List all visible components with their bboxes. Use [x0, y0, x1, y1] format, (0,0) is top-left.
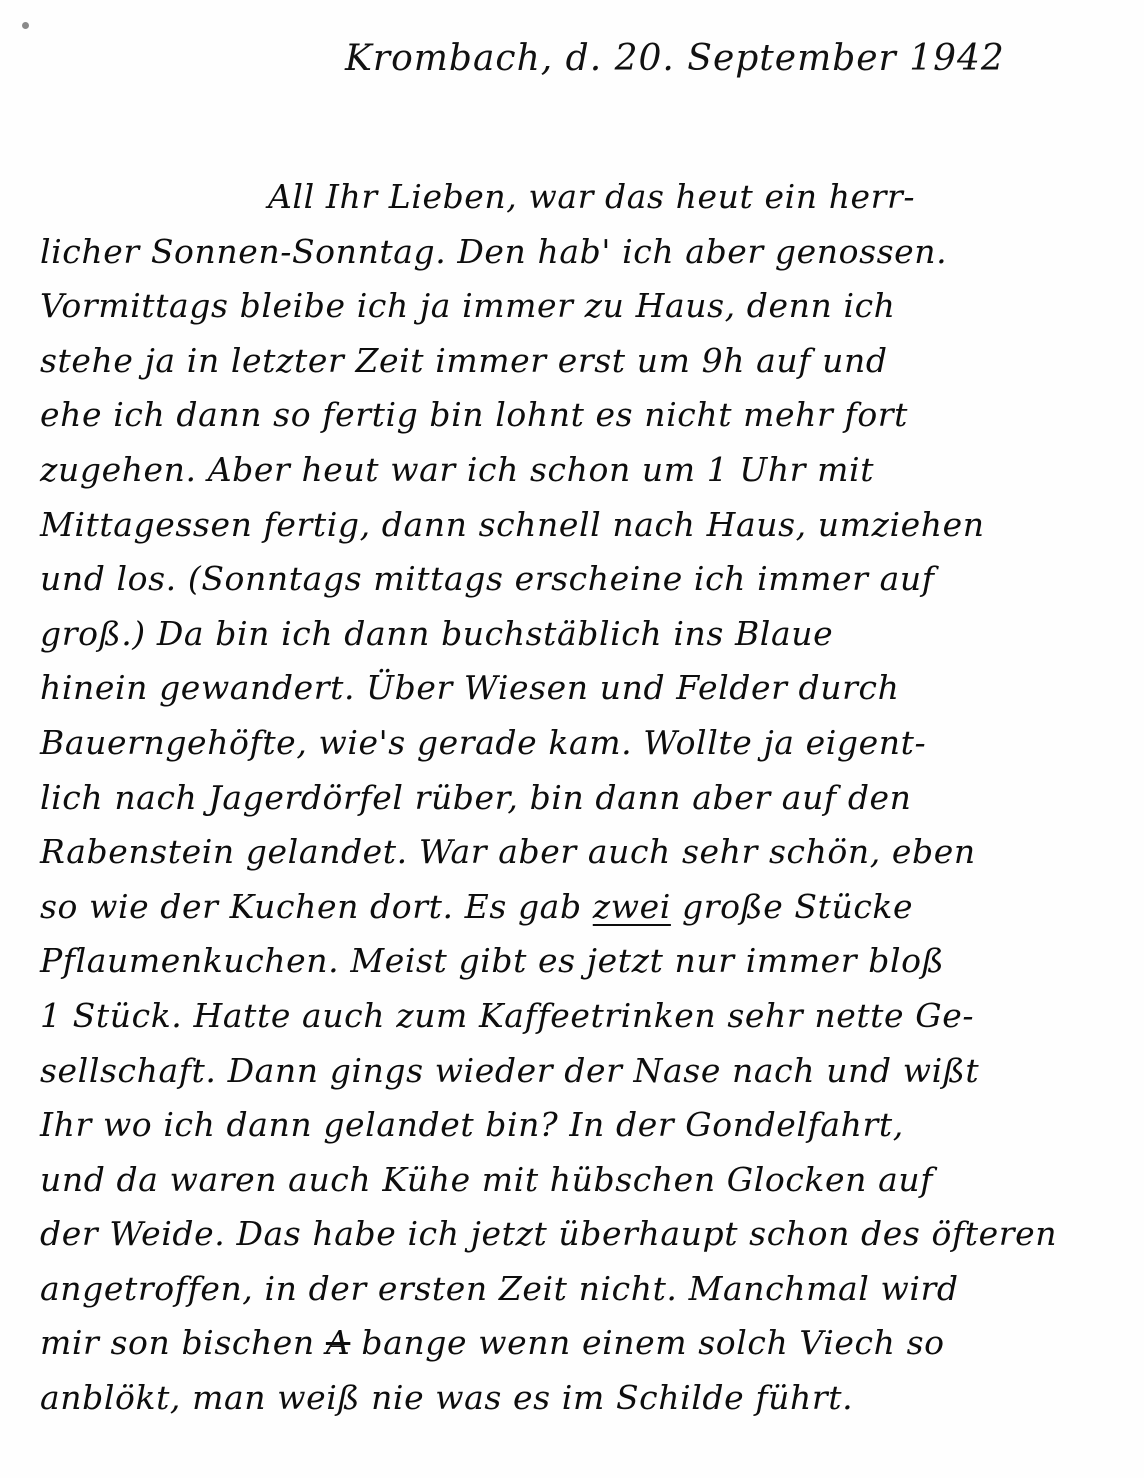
letter-line: groß.) Da bin ich dann buchstäblich ins …: [40, 607, 1140, 662]
letter-body: All Ihr Lieben, war das heut ein herr- l…: [40, 170, 1140, 1426]
struck-letter: A: [326, 1323, 350, 1362]
letter-line-salutation: All Ihr Lieben, war das heut ein herr-: [40, 170, 1140, 225]
letter-line: Mittagessen fertig, dann schnell nach Ha…: [40, 498, 1140, 553]
letter-line-text: so wie der Kuchen dort. Es gab: [40, 887, 582, 926]
letter-page: Krombach, d. 20. September 1942 All Ihr …: [0, 0, 1144, 1478]
letter-line-with-underline: so wie der Kuchen dort. Es gab zwei groß…: [40, 880, 1140, 935]
letter-line: sellschaft. Dann gings wieder der Nase n…: [40, 1044, 1140, 1099]
letter-line: Bauerngehöfte, wie's gerade kam. Wollte …: [40, 716, 1140, 771]
letter-line: licher Sonnen-Sonntag. Den hab' ich aber…: [40, 225, 1140, 280]
letter-line-text: bange wenn einem solch Viech so: [361, 1323, 944, 1362]
letter-line: 1 Stück. Hatte auch zum Kaffeetrinken se…: [40, 989, 1140, 1044]
letter-line: hinein gewandert. Über Wiesen und Felder…: [40, 661, 1140, 716]
letter-line: und los. (Sonntags mittags erscheine ich…: [40, 552, 1140, 607]
letter-line: lich nach Jagerdörfel rüber, bin dann ab…: [40, 771, 1140, 826]
letter-line-closing: anblökt, man weiß nie was es im Schilde …: [40, 1371, 1140, 1426]
paper-speck: [22, 22, 29, 29]
letter-line-with-strike: mir son bischen A bange wenn einem solch…: [40, 1316, 1140, 1371]
letter-line: zugehen. Aber heut war ich schon um 1 Uh…: [40, 443, 1140, 498]
underlined-word: zwei: [593, 887, 671, 926]
letter-line: Vormittags bleibe ich ja immer zu Haus, …: [40, 279, 1140, 334]
letter-line: stehe ja in letzter Zeit immer erst um 9…: [40, 334, 1140, 389]
letter-line: Ihr wo ich dann gelandet bin? In der Gon…: [40, 1098, 1140, 1153]
letter-line: ehe ich dann so fertig bin lohnt es nich…: [40, 388, 1140, 443]
letter-line: der Weide. Das habe ich jetzt überhaupt …: [40, 1207, 1140, 1262]
letter-place-date: Krombach, d. 20. September 1942: [345, 38, 1005, 79]
letter-line-text: mir son bischen: [40, 1323, 315, 1362]
letter-line: und da waren auch Kühe mit hübschen Gloc…: [40, 1153, 1140, 1208]
letter-line: Rabenstein gelandet. War aber auch sehr …: [40, 825, 1140, 880]
letter-line: angetroffen, in der ersten Zeit nicht. M…: [40, 1262, 1140, 1317]
letter-line-text: große Stücke: [682, 887, 913, 926]
letter-line: Pflaumenkuchen. Meist gibt es jetzt nur …: [40, 934, 1140, 989]
